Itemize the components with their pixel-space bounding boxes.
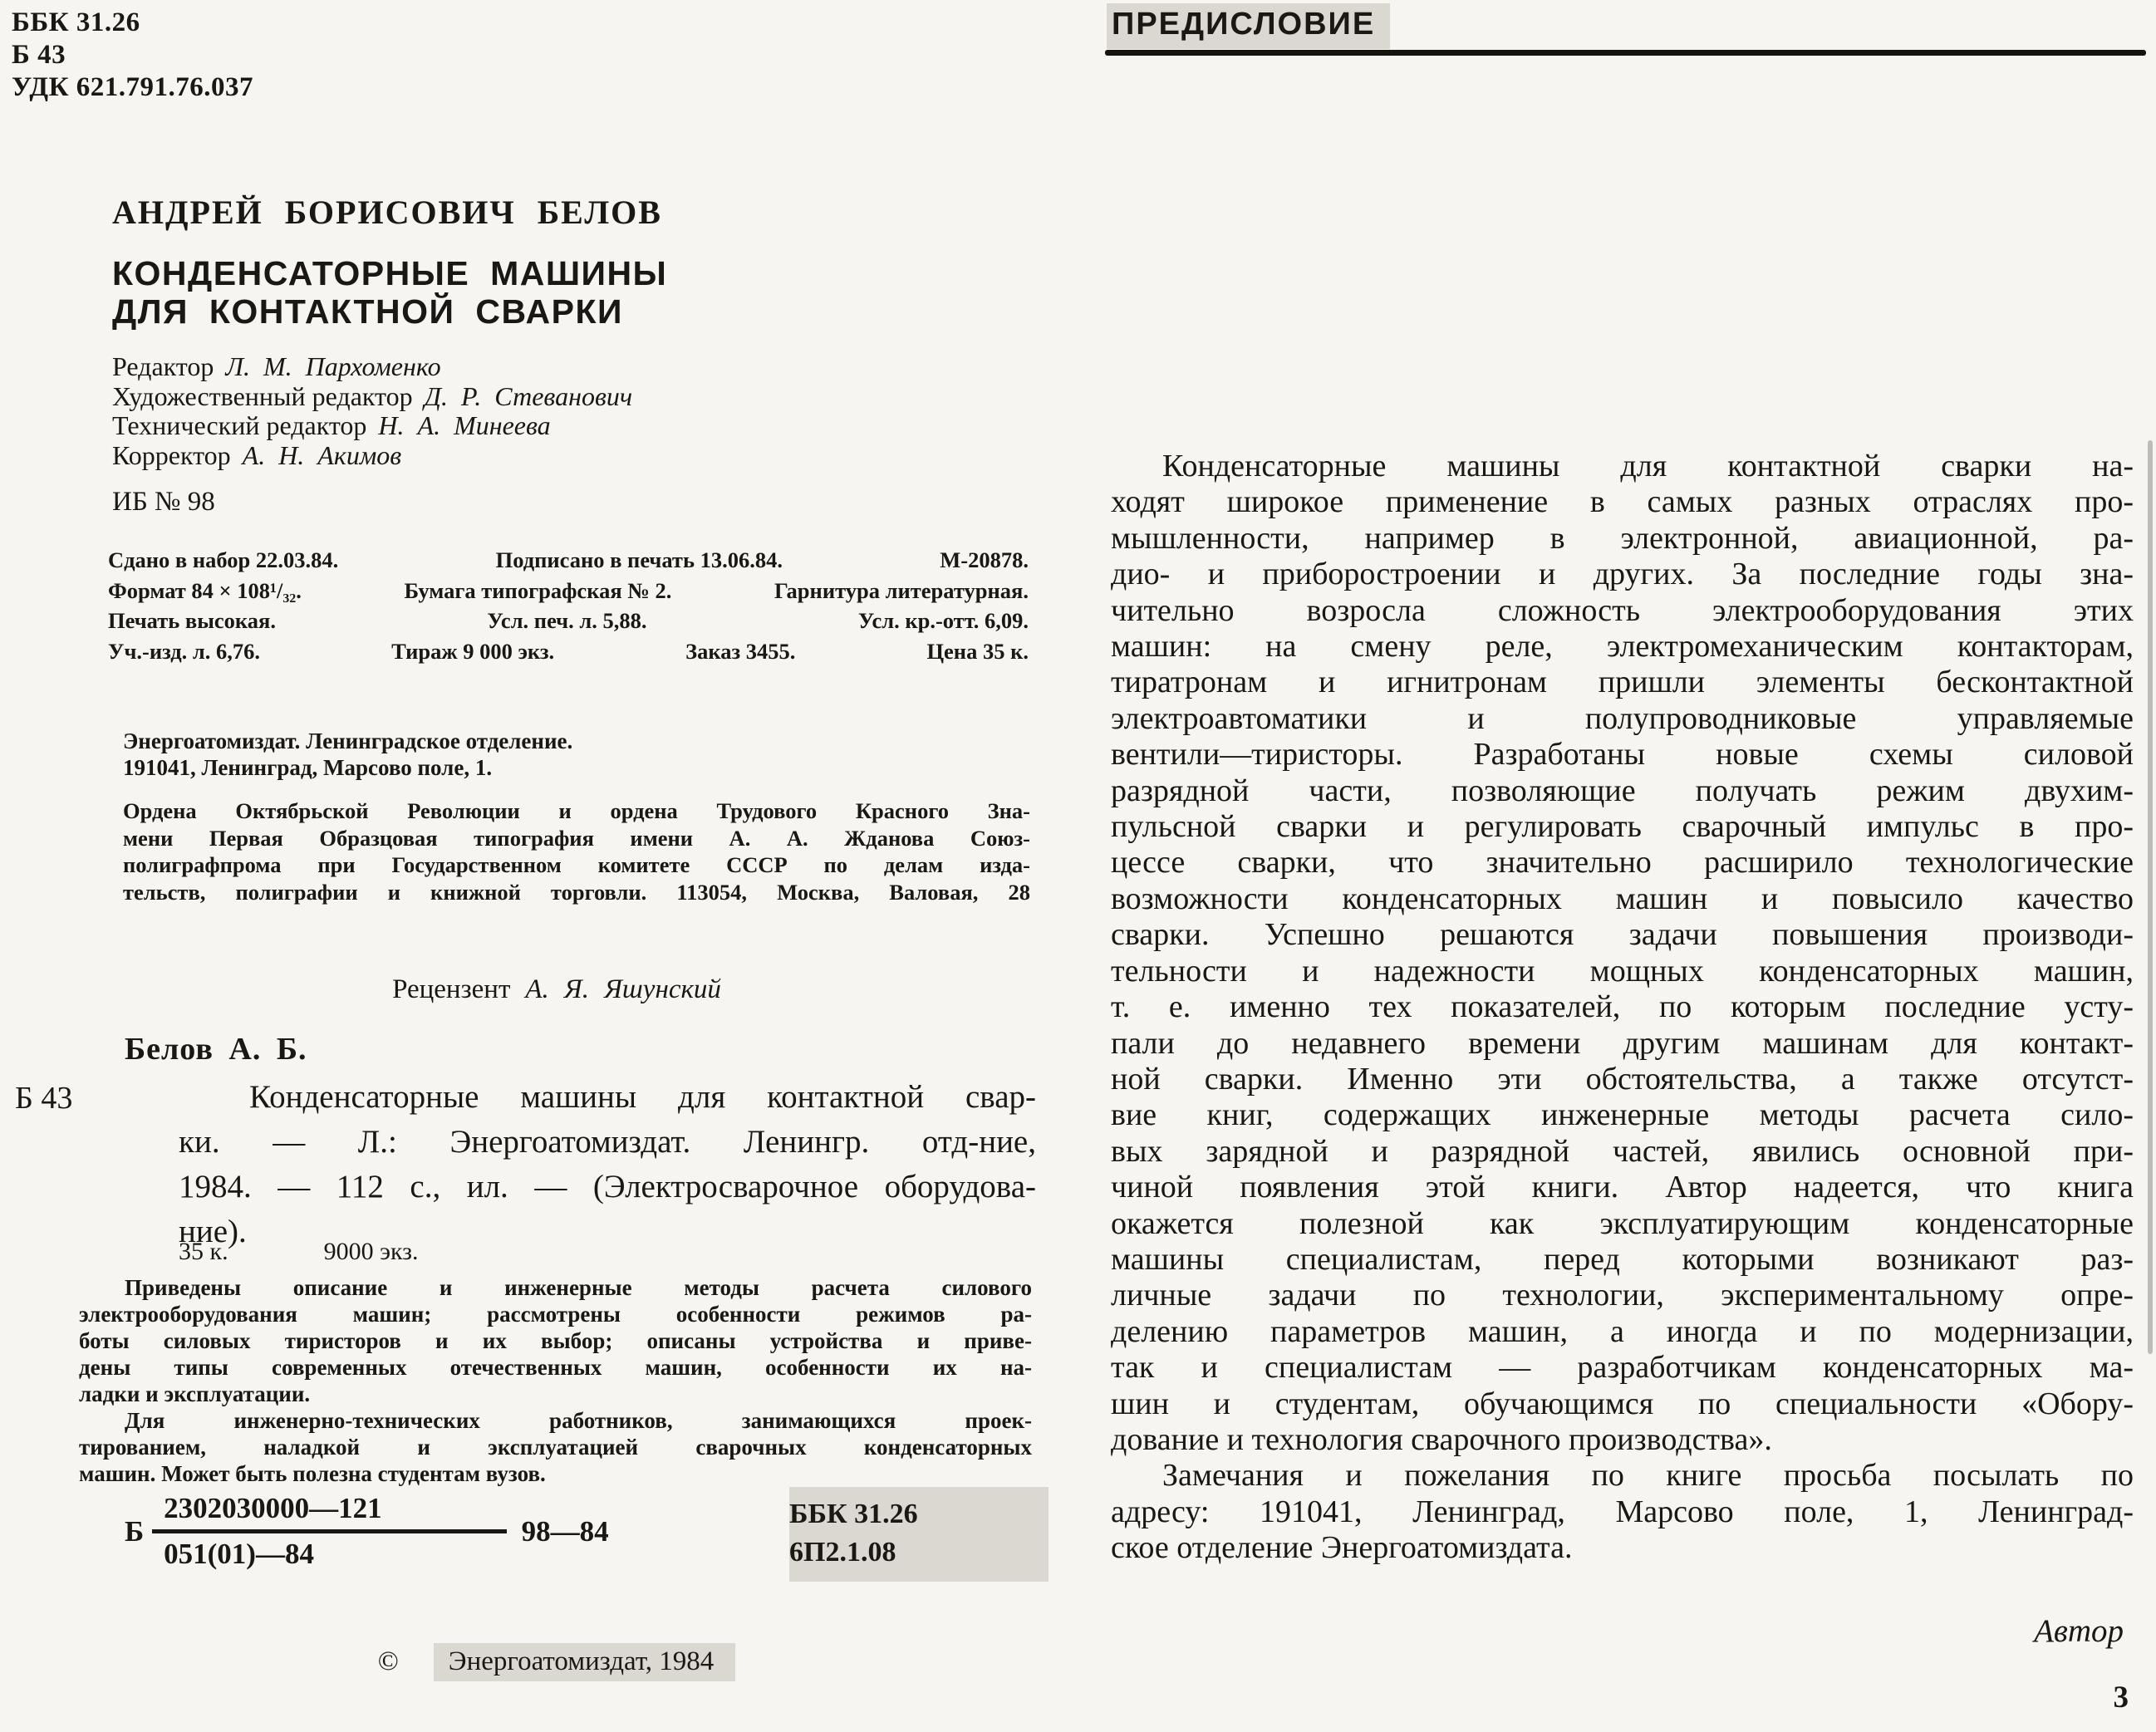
catalog-entry: Конденсаторные машины для контактной сва… bbox=[179, 1075, 1036, 1254]
staff-row: РедакторЛ. М. Пархоменко bbox=[112, 352, 632, 382]
text-line: машины специалистам, перед которыми возн… bbox=[1111, 1242, 2134, 1278]
text-line: 1984. — 112 с., ил. — (Электросварочное … bbox=[179, 1165, 1036, 1209]
text-line: Приведены описание и инженерные методы р… bbox=[79, 1274, 1032, 1301]
text-line: окажется полезной как эксплуатирующим ко… bbox=[1111, 1206, 2134, 1242]
formula-prefix: Б bbox=[125, 1515, 144, 1548]
printing-house-note: Ордена Октябрьской Революции и ордена Тр… bbox=[123, 797, 1030, 905]
imprint-cell: Подписано в печать 13.06.84. bbox=[496, 545, 783, 576]
text-line: тированием, наладкой и эксплуатацией сва… bbox=[79, 1434, 1032, 1460]
ib-number: ИБ № 98 bbox=[112, 487, 215, 518]
heading-rule bbox=[1105, 50, 2146, 56]
text-line: Замечания и пожелания по книге просьба п… bbox=[1111, 1458, 2134, 1494]
annotation-paragraph: Приведены описание и инженерные методы р… bbox=[79, 1274, 1032, 1407]
imprint-row: Сдано в набор 22.03.84.Подписано в печат… bbox=[108, 545, 1029, 576]
text-line: 6П2.1.08 bbox=[789, 1533, 1034, 1572]
text-line: делению параметров машин, а иногда и по … bbox=[1111, 1314, 2134, 1350]
text-line: мышленности, например в электронной, ави… bbox=[1111, 521, 2134, 557]
text-line: возможности конденсаторных машин и повыс… bbox=[1111, 881, 2134, 917]
text-line: ной сварки. Именно эти обстоятельства, а… bbox=[1111, 1062, 2134, 1097]
staff-row: КорректорА. Н. Акимов bbox=[112, 441, 632, 471]
text-line: 191041, Ленинград, Марсово поле, 1. bbox=[123, 754, 572, 781]
text-line: Б 43 bbox=[12, 39, 253, 71]
imprint-cell: Сдано в набор 22.03.84. bbox=[108, 545, 338, 576]
staff-role: Художественный редактор bbox=[112, 381, 413, 411]
text-line: дены типы современных отечественных маши… bbox=[79, 1354, 1032, 1381]
text-line: ББК 31.26 bbox=[789, 1495, 1034, 1533]
text-line: вие книг, содержащих инженерные методы р… bbox=[1111, 1097, 2134, 1133]
book-spread: ББК 31.26Б 43УДК 621.791.76.037 АНДРЕЙ Б… bbox=[0, 0, 2156, 1732]
text-line: Конденсаторные машины для контактной сва… bbox=[179, 1075, 1036, 1120]
imprint-cell: М-20878. bbox=[940, 545, 1029, 576]
staff-row: Художественный редакторД. Р. Стеванович bbox=[112, 382, 632, 412]
text-line: пульсной сварки и регулировать сварочный… bbox=[1111, 809, 2134, 845]
text-line: сварки. Успешно решаются задачи повышени… bbox=[1111, 917, 2134, 953]
text-line: мени Первая Образцовая типография имени … bbox=[123, 825, 1030, 852]
text-line: адресу: 191041, Ленинград, Марсово поле,… bbox=[1111, 1494, 2134, 1530]
text-line: электрооборудования машин; рассмотрены о… bbox=[79, 1301, 1032, 1327]
text-line: ББК 31.26 bbox=[12, 7, 253, 39]
text-line: машин. Может быть полезна студентам вузо… bbox=[79, 1460, 1032, 1487]
text-line: вентили—тиристоры. Разработаны новые схе… bbox=[1111, 737, 2134, 773]
imprint-cell: Печать высокая. bbox=[108, 606, 276, 636]
reviewer-name: А. Я. Яшунский bbox=[525, 974, 721, 1004]
page-number: 3 bbox=[1111, 1680, 2134, 1715]
copyright-line: ©Энергоатомиздат, 1984 bbox=[79, 1646, 1034, 1677]
text-line: боты силовых тиристоров и их выбор; опис… bbox=[79, 1327, 1032, 1354]
formula-fraction: 2302030000—121 051(01)—84 bbox=[152, 1492, 507, 1571]
copies-value: 9000 экз. bbox=[324, 1238, 419, 1266]
text-line: вых зарядной и разрядной частей, явились… bbox=[1111, 1134, 2134, 1170]
staff-role: Редактор bbox=[112, 351, 214, 381]
formula-denominator: 051(01)—84 bbox=[152, 1529, 507, 1571]
author-name: АНДРЕЙ БОРИСОВИЧ БЕЛОВ bbox=[112, 193, 662, 232]
staff-name: Н. А. Минеева bbox=[378, 410, 550, 440]
imprint-cell: Усл. печ. л. 5,88. bbox=[487, 606, 646, 636]
text-line: чительно возросла сложность электрообору… bbox=[1111, 593, 2134, 629]
preface-text: Конденсаторные машины для контактной сва… bbox=[1111, 449, 2134, 1567]
copyright-text: Энергоатомиздат, 1984 bbox=[434, 1643, 735, 1681]
text-line: личные задачи по технологии, эксперимент… bbox=[1111, 1278, 2134, 1313]
text-line: машин: на смену реле, электромеханически… bbox=[1111, 629, 2134, 665]
formula-numerator: 2302030000—121 bbox=[152, 1492, 507, 1529]
text-line: так и специалистам — разработчикам конде… bbox=[1111, 1350, 2134, 1386]
text-line: пали до недавнего времени другим машинам… bbox=[1111, 1026, 2134, 1062]
annotation: Приведены описание и инженерные методы р… bbox=[79, 1274, 1032, 1487]
text-line: ладки и эксплуатации. bbox=[79, 1381, 1032, 1407]
text-line: Энергоатомиздат. Ленинградское отделение… bbox=[123, 728, 572, 754]
staff-row: Технический редакторН. А. Минеева bbox=[112, 411, 632, 441]
imprint-cell: Формат 84 × 108¹/₃₂. bbox=[108, 576, 302, 606]
staff-role: Корректор bbox=[112, 440, 231, 470]
catalog-index-formula: Б 2302030000—121 051(01)—84 98—84 bbox=[125, 1492, 609, 1571]
text-line: УДК 621.791.76.037 bbox=[12, 71, 253, 104]
text-line: дио- и приборостроении и других. За посл… bbox=[1111, 557, 2134, 592]
imprint-table: Сдано в набор 22.03.84.Подписано в печат… bbox=[108, 545, 1029, 666]
text-line: ское отделение Энергоатомиздата. bbox=[1111, 1530, 2134, 1566]
scan-artifact bbox=[2148, 440, 2153, 1354]
imprint-row: Формат 84 × 108¹/₃₂.Бумага типографская … bbox=[108, 576, 1029, 606]
reviewer-line: РецензентА. Я. Яшунский bbox=[79, 974, 1034, 1005]
imprint-cell: Усл. кр.-отт. 6,09. bbox=[858, 606, 1029, 636]
annotation-paragraph: Для инженерно-технических работников, за… bbox=[79, 1407, 1032, 1487]
text-line: ходят широкое применение в самых разных … bbox=[1111, 484, 2134, 520]
page-title: ПРЕДИСЛОВИЕ bbox=[1107, 3, 1390, 49]
text-line: цессе сварки, что значительно расширило … bbox=[1111, 845, 2134, 881]
text-line: т. е. именно тех показателей, по которым… bbox=[1111, 989, 2134, 1025]
classification-codes: ББК 31.26Б 43УДК 621.791.76.037 bbox=[12, 7, 253, 104]
catalog-code: Б 43 bbox=[15, 1080, 72, 1116]
text-line: ДЛЯ КОНТАКТНОЙ СВАРКИ bbox=[112, 292, 667, 331]
publisher-address: Энергоатомиздат. Ленинградское отделение… bbox=[123, 728, 572, 781]
imprint-row: Печать высокая.Усл. печ. л. 5,88.Усл. кр… bbox=[108, 606, 1029, 636]
imprint-cell: Тираж 9 000 экз. bbox=[391, 636, 554, 667]
text-line: Конденсаторные машины для контактной сва… bbox=[1111, 449, 2134, 484]
editorial-staff: РедакторЛ. М. Пархоменко Художественный … bbox=[112, 352, 632, 470]
reviewer-label: Рецензент bbox=[392, 974, 510, 1004]
text-line: тельств, полиграфии и книжной торговли. … bbox=[123, 879, 1030, 906]
text-line: Для инженерно-технических работников, за… bbox=[79, 1407, 1032, 1434]
text-line: шин и студентам, обучающимся по специаль… bbox=[1111, 1386, 2134, 1422]
staff-role: Технический редактор bbox=[112, 410, 366, 440]
preface-paragraph: Конденсаторные машины для контактной сва… bbox=[1111, 449, 2134, 1458]
text-line: ки. — Л.: Энергоатомиздат. Ленингр. отд-… bbox=[179, 1120, 1036, 1165]
formula-suffix: 98—84 bbox=[522, 1515, 609, 1548]
imprint-cell: Гарнитура литературная. bbox=[774, 576, 1029, 606]
text-line: КОНДЕНСАТОРНЫЕ МАШИНЫ bbox=[112, 254, 667, 292]
text-line: разрядной части, позволяющие получать ре… bbox=[1111, 773, 2134, 809]
imprint-row: Уч.-изд. л. 6,76.Тираж 9 000 экз.Заказ 3… bbox=[108, 636, 1029, 667]
text-line: Ордена Октябрьской Революции и ордена Тр… bbox=[123, 797, 1030, 825]
text-line: тиратронам и игнитронам пришли элементы … bbox=[1111, 665, 2134, 700]
text-line: чиной появления этой книги. Автор надеет… bbox=[1111, 1170, 2134, 1205]
text-line: электроавтоматики и полупроводниковые уп… bbox=[1111, 701, 2134, 737]
staff-name: А. Н. Акимов bbox=[243, 440, 401, 470]
price-line: 35 к. 9000 экз. bbox=[179, 1238, 418, 1266]
text-line: дование и технология сварочного производ… bbox=[1111, 1422, 2134, 1458]
price-value: 35 к. bbox=[179, 1238, 228, 1266]
staff-name: Л. М. Пархоменко bbox=[225, 351, 440, 381]
staff-name: Д. Р. Стеванович bbox=[425, 381, 633, 411]
imprint-cell: Бумага типографская № 2. bbox=[404, 576, 671, 606]
author-signature: Автор bbox=[1111, 1612, 2134, 1650]
catalog-author: Белов А. Б. bbox=[125, 1031, 307, 1067]
imprint-cell: Цена 35 к. bbox=[926, 636, 1029, 667]
preface-paragraph: Замечания и пожелания по книге просьба п… bbox=[1111, 1458, 2134, 1566]
text-line: полиграфпрома при Государственном комите… bbox=[123, 851, 1030, 879]
text-line: тельности и надежности мощных конденсато… bbox=[1111, 954, 2134, 989]
imprint-cell: Уч.-изд. л. 6,76. bbox=[108, 636, 260, 667]
book-title: КОНДЕНСАТОРНЫЕ МАШИНЫДЛЯ КОНТАКТНОЙ СВАР… bbox=[112, 254, 667, 331]
bbk-codes: ББК 31.266П2.1.08 bbox=[789, 1487, 1049, 1582]
imprint-cell: Заказ 3455. bbox=[685, 636, 795, 667]
copyright-icon: © bbox=[378, 1646, 399, 1676]
